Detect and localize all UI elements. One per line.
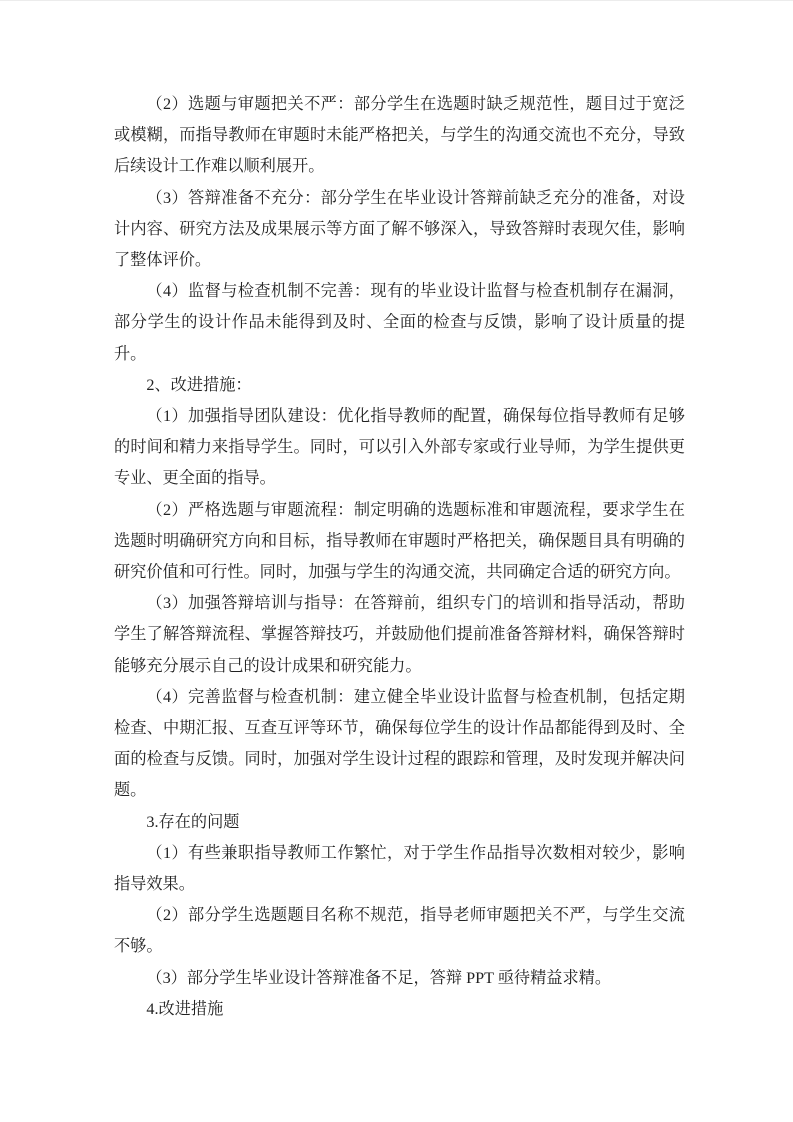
paragraph-issue-supervision: （4）监督与检查机制不完善：现有的毕业设计监督与检查机制存在漏洞，部分学生的设计… [114,276,685,370]
section-heading-existing-problems: 3.存在的问题 [114,807,685,838]
paragraph-measure-topic-process: （2）严格选题与审题流程：制定明确的选题标准和审题流程，要求学生在选题时明确研究… [114,495,685,589]
section-heading-improvements: 2、改进措施： [114,370,685,401]
paragraph-issue-topic-review: （2）选题与审题把关不严：部分学生在选题时缺乏规范性，题目过于宽泛或模糊，而指导… [114,89,685,183]
paragraph-measure-supervision-system: （4）完善监督与检查机制：建立健全毕业设计监督与检查机制，包括定期检查、中期汇报… [114,682,685,807]
paragraph-problem-busy-advisors: （1）有些兼职指导教师工作繁忙，对于学生作品指导次数相对较少，影响指导效果。 [114,838,685,900]
paragraph-problem-topic-naming: （2）部分学生选题题目名称不规范，指导老师审题把关不严，与学生交流不够。 [114,900,685,962]
document-body: （2）选题与审题把关不严：部分学生在选题时缺乏规范性，题目过于宽泛或模糊，而指导… [114,89,685,1025]
paragraph-measure-team-building: （1）加强指导团队建设：优化指导教师的配置，确保每位指导教师有足够的时间和精力来… [114,401,685,495]
paragraph-issue-defense-prep: （3）答辩准备不充分：部分学生在毕业设计答辩前缺乏充分的准备，对设计内容、研究方… [114,183,685,277]
paragraph-measure-defense-training: （3）加强答辩培训与指导：在答辩前，组织专门的培训和指导活动，帮助学生了解答辩流… [114,588,685,682]
document-page: （2）选题与审题把关不严：部分学生在选题时缺乏规范性，题目过于宽泛或模糊，而指导… [0,1,793,1122]
section-heading-improvement-measures: 4.改进措施 [114,994,685,1025]
paragraph-problem-defense-ppt: （3）部分学生毕业设计答辩准备不足，答辩 PPT 亟待精益求精。 [114,963,685,994]
